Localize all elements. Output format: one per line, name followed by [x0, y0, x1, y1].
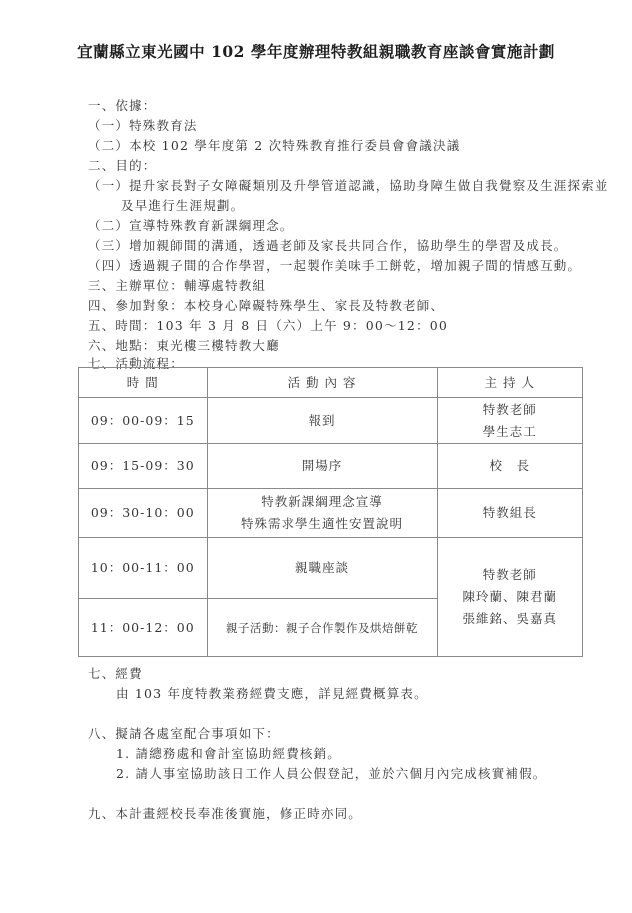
organizer: 三、主辦單位：輔導處特教組	[88, 276, 266, 294]
table-row: 10：00-11：00 親職座談 特教老師 陳玲蘭、陳君蘭 張維銘、吳嘉真	[79, 538, 583, 599]
row-host: 特教老師 學生志工	[437, 398, 582, 444]
row-time: 10：00-11：00	[79, 538, 208, 599]
purpose-item-1-cont: 及早進行生涯規劃。	[121, 196, 244, 214]
schedule-header-row: 時 間 活 動 內 容 主 持 人	[79, 368, 583, 398]
row-activity: 親子活動：親子合作製作及烘焙餅乾	[207, 599, 437, 657]
basis-heading: 一、依據：	[88, 96, 157, 114]
closing-note: 九、本計畫經校長奉准後實施，修正時亦同。	[88, 804, 362, 822]
coop-item-2: 2. 請人事室協助該日工作人員公假登記，並於六個月內完成核實補假。	[116, 764, 547, 782]
host-line: 張維銘、吳嘉真	[438, 608, 582, 630]
purpose-item-3: （三）增加親師間的溝通，透過老師及家長共同合作，協助學生的學習及成長。	[88, 236, 568, 254]
budget-heading: 七、經費	[88, 664, 143, 682]
basis-item-1: （一）特殊教育法	[88, 116, 198, 134]
row-host: 特教組長	[437, 489, 582, 538]
row-activity: 開場序	[207, 444, 437, 489]
event-location: 六、地點：東光樓三樓特教大廳	[88, 336, 280, 354]
table-row: 09：00-09：15 報到 特教老師 學生志工	[79, 398, 583, 444]
host-line: 特教老師	[438, 564, 582, 586]
row-time: 09：30-10：00	[79, 489, 208, 538]
document-title: 宜蘭縣立東光國中 102 學年度辦理特教組親職教育座談會實施計劃	[0, 40, 632, 62]
header-host: 主 持 人	[437, 368, 582, 398]
schedule-table: 時 間 活 動 內 容 主 持 人 09：00-09：15 報到 特教老師 學生…	[78, 367, 583, 657]
header-time: 時 間	[79, 368, 208, 398]
table-row: 09：30-10：00 特教新課綱理念宣導 特殊需求學生適性安置說明 特教組長	[79, 489, 583, 538]
row-activity: 報到	[207, 398, 437, 444]
purpose-heading: 二、目的：	[88, 156, 157, 174]
coop-item-1: 1. 請總務處和會計室協助經費核銷。	[116, 744, 341, 762]
host-line: 陳玲蘭、陳君蘭	[438, 586, 582, 608]
header-activity: 活 動 內 容	[207, 368, 437, 398]
event-time: 五、時間：103 年 3 月 8 日（六）上午 9：00～12：00	[88, 316, 448, 334]
activity-line: 特殊需求學生適性安置說明	[208, 513, 437, 535]
purpose-item-1: （一）提升家長對子女障礙類別及升學管道認識，協助身障生做自我覺察及生涯探索並	[88, 176, 609, 194]
row-activity: 特教新課綱理念宣導 特殊需求學生適性安置說明	[207, 489, 437, 538]
coop-heading: 八、擬請各處室配合事項如下：	[88, 724, 280, 742]
row-activity: 親職座談	[207, 538, 437, 599]
host-line: 學生志工	[438, 421, 582, 443]
basis-item-2: （二）本校 102 學年度第 2 次特殊教育推行委員會會議決議	[88, 136, 460, 154]
table-row: 09：15-09：30 開場序 校 長	[79, 444, 583, 489]
row-time: 09：15-09：30	[79, 444, 208, 489]
row-host-merged: 特教老師 陳玲蘭、陳君蘭 張維銘、吳嘉真	[437, 538, 582, 657]
purpose-item-4: （四）透過親子間的合作學習，一起製作美味手工餅乾，增加親子間的情感互動。	[88, 256, 581, 274]
purpose-item-2: （二）宣導特殊教育新課綱理念。	[88, 216, 294, 234]
activity-line: 特教新課綱理念宣導	[208, 491, 437, 513]
host-line: 特教老師	[438, 399, 582, 421]
row-time: 09：00-09：15	[79, 398, 208, 444]
participants: 四、參加對象：本校身心障礙特殊學生、家長及特教老師、	[88, 296, 444, 314]
row-host: 校 長	[437, 444, 582, 489]
row-time: 11：00-12：00	[79, 599, 208, 657]
budget-text: 由 103 年度特教業務經費支應，詳見經費概算表。	[116, 684, 428, 702]
